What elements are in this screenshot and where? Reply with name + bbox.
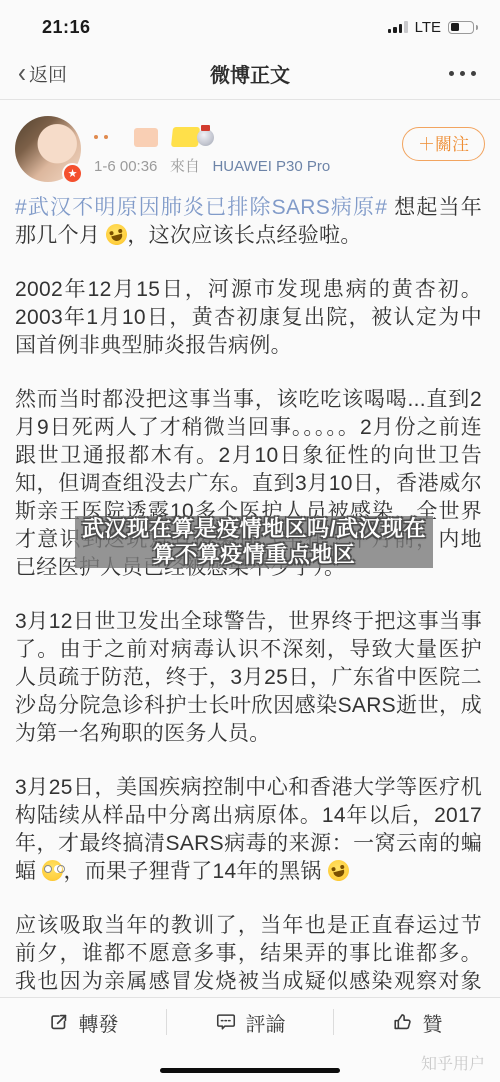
post-paragraph: #武汉不明原因肺炎已排除SARS病原# 想起当年那几个月 ，这次应该长点经验啦。 xyxy=(15,194,482,250)
comment-button[interactable]: 評論 xyxy=(167,1008,333,1037)
weibo-post-screen: 21:16 LTE ‹ 返回 微博正文 ★ xyxy=(0,0,500,1082)
redacted-username xyxy=(94,126,402,148)
post-header: ★ 1-6 00:36 來自 HUAWEI P30 Pro ＋關注 xyxy=(15,116,485,182)
post-paragraph: 3月25日，美国疾病控制中心和香港大学等医疗机构陆续从样品中分离出病原体。14年… xyxy=(15,774,482,886)
status-icons: LTE xyxy=(388,19,474,36)
avatar[interactable]: ★ xyxy=(15,116,81,182)
status-time: 21:16 xyxy=(42,17,91,38)
page-title: 微博正文 xyxy=(138,59,362,88)
comment-label: 評論 xyxy=(246,1008,286,1037)
post-paragraph: 3月12日世卫发出全球警告，世界终于把这事当事了。由于之前对病毒认识不深刻，导致… xyxy=(15,608,482,748)
watermark-overlay-title: 武汉现在算是疫情地区吗/武汉现在 算不算疫情重点地区 xyxy=(75,516,433,568)
like-button[interactable]: 贊 xyxy=(334,1008,500,1037)
redaction-block xyxy=(171,127,200,147)
glasses-face-emoji-icon xyxy=(42,860,63,881)
action-bar: 轉發 評論 贊 xyxy=(0,998,500,1046)
bottom-bar: 轉發 評論 贊 知乎用户 xyxy=(0,997,500,1082)
zhihu-user-watermark: 知乎用户 xyxy=(421,1051,485,1074)
follow-button[interactable]: ＋關注 xyxy=(402,127,485,161)
source-prefix: 來自 xyxy=(170,158,200,175)
paragraph-text: ，这次应该长点经验啦。 xyxy=(127,224,361,247)
chevron-left-icon: ‹ xyxy=(18,60,26,88)
repost-button[interactable]: 轉發 xyxy=(0,1008,166,1037)
post-timestamp: 1-6 00:36 xyxy=(94,158,157,175)
laugh-cry-emoji-icon xyxy=(104,222,129,247)
post-paragraph: 2002年12月15日，河源市发现患病的黄杏初。2003年1月10日，黄杏初康复… xyxy=(15,276,482,360)
post-meta: 1-6 00:36 來自 HUAWEI P30 Pro xyxy=(94,155,402,176)
overlay-title-line2: 算不算疫情重点地区 xyxy=(153,542,356,568)
network-type-label: LTE xyxy=(415,19,441,36)
post-content: #武汉不明原因肺炎已排除SARS病原# 想起当年那几个月 ，这次应该长点经验啦。… xyxy=(0,182,500,1024)
overlay-title-line1: 武汉现在算是疫情地区吗/武汉现在 xyxy=(82,516,426,542)
back-button[interactable]: ‹ 返回 xyxy=(18,60,138,87)
signal-strength-icon xyxy=(388,21,408,33)
thumbs-up-icon xyxy=(392,1011,414,1033)
redaction-block xyxy=(134,128,158,147)
like-label: 贊 xyxy=(423,1008,443,1037)
nav-bar: ‹ 返回 微博正文 xyxy=(0,48,500,100)
laugh-cry-emoji-icon xyxy=(326,858,351,883)
medal-emoji-icon xyxy=(197,129,214,146)
home-indicator[interactable] xyxy=(160,1068,340,1073)
paragraph-text: ，而果子狸背了14年的黑锅 xyxy=(63,860,327,883)
status-bar: 21:16 LTE xyxy=(0,0,500,48)
redaction-dot xyxy=(104,135,108,139)
back-button-label: 返回 xyxy=(29,60,67,87)
more-options-button[interactable] xyxy=(362,71,482,76)
comment-icon xyxy=(215,1011,237,1033)
redaction-dot xyxy=(94,135,98,139)
repost-icon xyxy=(48,1011,70,1033)
ellipsis-icon xyxy=(449,71,454,76)
author-info: 1-6 00:36 來自 HUAWEI P30 Pro xyxy=(81,116,402,182)
hashtag-link[interactable]: #武汉不明原因肺炎已排除SARS病原# xyxy=(15,196,387,219)
vip-star-badge: ★ xyxy=(62,163,83,184)
battery-icon xyxy=(448,21,474,34)
source-device-link[interactable]: HUAWEI P30 Pro xyxy=(212,158,330,175)
repost-label: 轉發 xyxy=(79,1008,119,1037)
